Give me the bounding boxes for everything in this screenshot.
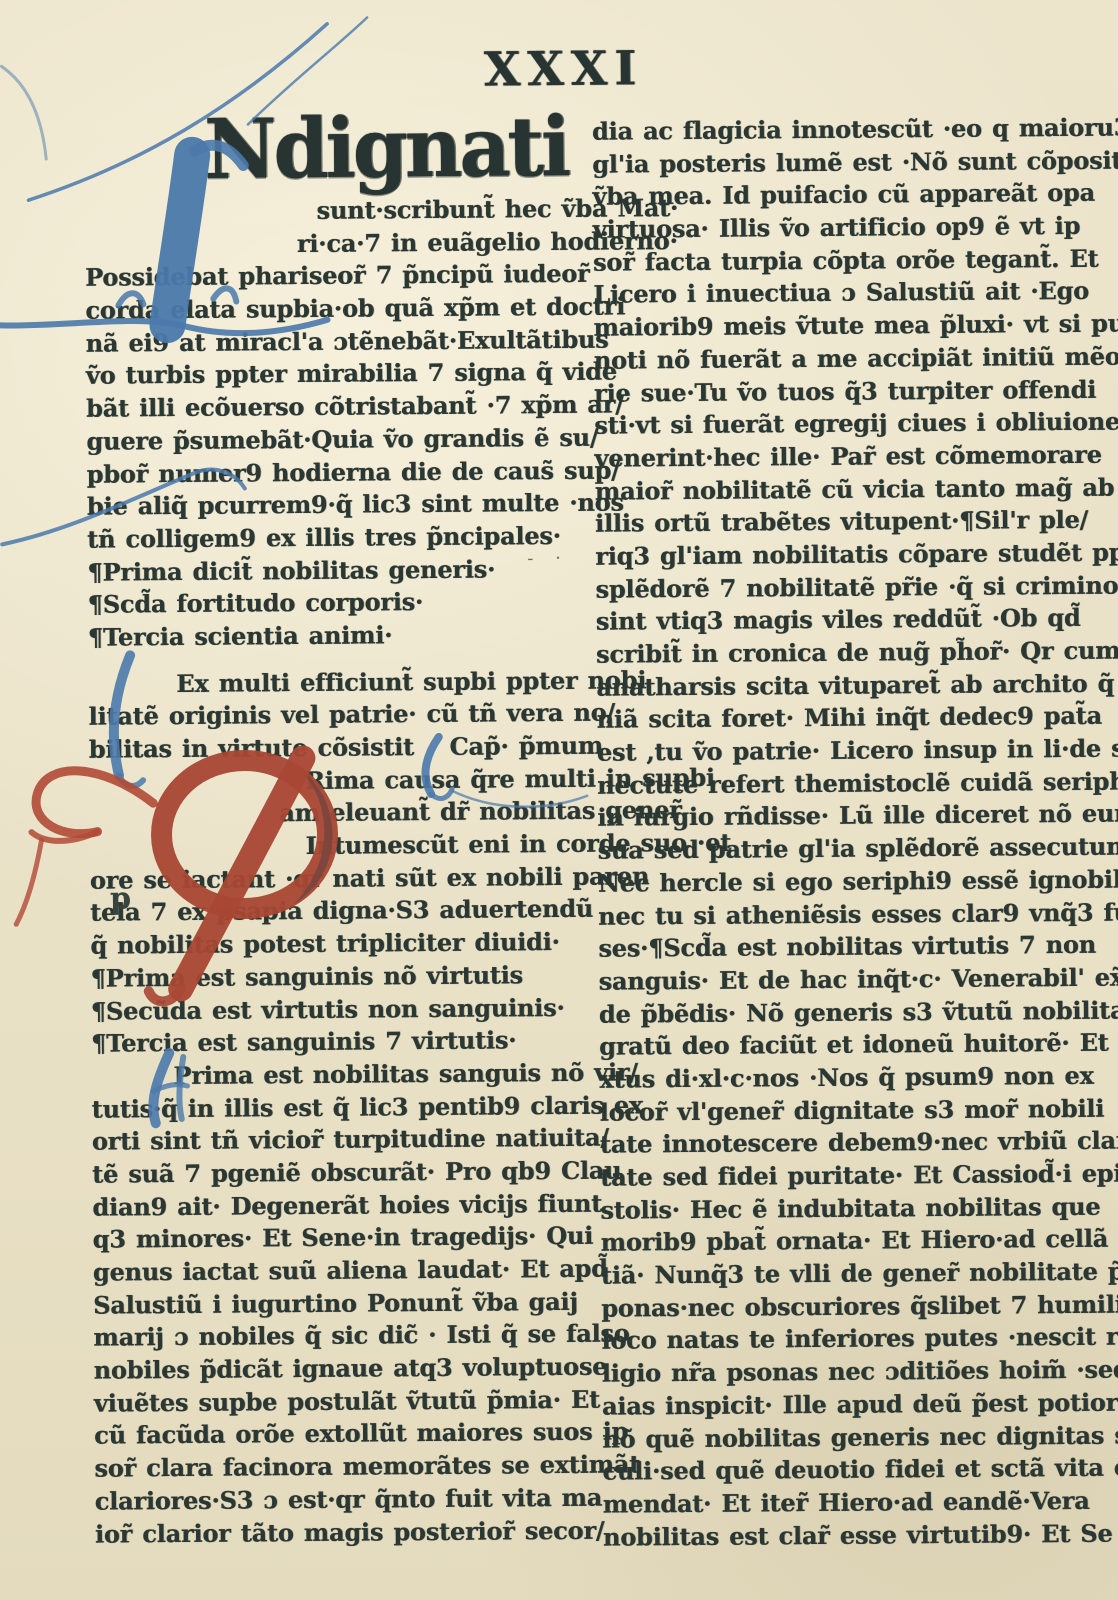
text-line: clariores·S3 ɔ est·qr q̃nto fuit vita ma xyxy=(95,1482,595,1519)
text-line: Prima est nobilitas sanguis nõ vir/ xyxy=(91,1057,591,1094)
text-line: bilitas in virtute cõsistit Cap̃· p̃mum xyxy=(89,730,589,767)
text-line: sunt·scribunt̃ hec ṽba Mat· xyxy=(85,193,585,230)
text-line: maiorib9 meis ṽtute mea p̃luxi· vt si pu… xyxy=(593,308,1065,344)
text-line: corda elata supbia·ob quã xp̃m et doctri xyxy=(85,291,585,328)
text-line: ṽo turbis ppter mirabilia 7 signa q̃ vid… xyxy=(86,356,586,393)
text-line: ¶Secũda est virtutis non sanguinis· xyxy=(91,991,591,1028)
text-line: tẽ suã 7 pgeniẽ obscurãt· Pro qb9 Clau xyxy=(92,1155,592,1192)
text-line: sti·vt si fuerãt egregij ciues i obliuio… xyxy=(594,406,1066,442)
text-line: gratũ deo faciũt et idoneũ huitorẽ· Et t… xyxy=(599,1027,1071,1063)
text-line: ses·¶Scd̃a est nobilitas virtutis 7 non xyxy=(598,929,1070,965)
text-line: ri·ca·7 in euãgelio hodierno· xyxy=(85,225,585,262)
text-line: noti nõ fuerãt a me accipiãt initiũ mẽo xyxy=(594,341,1066,377)
text-line: ior̃ clarior tãto magis posterior̃ secor… xyxy=(95,1514,595,1551)
text-line: ¶Tercia est sanguinis 7 virtutis· xyxy=(91,1024,591,1061)
text-line: ¶Tercia scientia animi· xyxy=(88,618,588,655)
text-line: Rima causa q̃re multi in supbi xyxy=(89,762,589,799)
chapter-heading: Ndignati xyxy=(204,98,569,198)
text-line: ¶Prima est sanguinis nõ virtutis xyxy=(91,959,591,996)
text-line: scribit̃ in cronica de nug̃ ph̃or̃· Qr c… xyxy=(596,635,1068,671)
text-line: aias inspicit· Ille apud deũ p̃est potio… xyxy=(602,1387,1074,1423)
text-line: riq3 gl'iam nobilitatis cõpare studẽt pp… xyxy=(595,537,1067,573)
text-line: sua sed patrie gl'ia splẽdorẽ assecutum· xyxy=(598,831,1070,867)
printed-guide-letter: p xyxy=(110,881,131,916)
text-line: sor̃ facta turpia cõpta orõe tegant̃. Et xyxy=(593,243,1065,279)
text-line: maior̃ nobilitatẽ cũ vicia tanto mag̃ ab xyxy=(595,472,1067,508)
text-line: sanguis· Et de hac inq̃t·c· Venerabil' e… xyxy=(599,962,1071,998)
ink-smudge: - · xyxy=(527,548,569,569)
text-line: nobiles p̃dicãt ignaue atq3 voluptuose xyxy=(94,1351,594,1388)
text-line: xtus di·xl·c·nos ·Nos q̃ psum9 non ex xyxy=(599,1060,1071,1096)
text-line: bie aliq̃ pcurrem9·q̃ lic3 sint multe ·n… xyxy=(87,487,587,524)
text-line: Licero i inuectiua ɔ Salustiũ ait ·Ego xyxy=(593,275,1065,311)
right-column-lines: dia ac flagicia innotescũt ·eo q maioru3… xyxy=(592,112,1075,1554)
text-line: rie sue·Tu ṽo tuos q̃3 turpiter offendi xyxy=(594,374,1066,410)
text-line: sor̃ clara facinora memorãtes se extimãt xyxy=(94,1449,594,1486)
text-line: ¶Prima dicit̃ nobilitas generis· xyxy=(87,552,587,589)
text-line: tiã· Nunq̃3 te vlli de gener̃ nobilitate… xyxy=(601,1256,1073,1292)
text-line: q3 minores· Et Sene·in tragedijs· Qui xyxy=(93,1220,593,1257)
text-line: ṽba mea. Id puifacio cũ appareãt opa xyxy=(592,177,1064,213)
text-line: loco natas te inferiores putes ·nescit r… xyxy=(601,1321,1073,1357)
left-text-column: sunt·scribunt̃ hec ṽba Mat·ri·ca·7 in eu… xyxy=(85,193,596,1551)
page-content: XXXI Ndignati sunt·scribunt̃ hec ṽba Mat… xyxy=(0,0,1118,1600)
text-line: de p̃bẽdis· Nõ generis s3 ṽtutũ nobilita… xyxy=(599,995,1071,1031)
text-line: viuẽtes supbe postulãt ṽtutũ p̃mia· Et xyxy=(94,1383,594,1420)
left-column-lines: sunt·scribunt̃ hec ṽba Mat·ri·ca·7 in eu… xyxy=(85,193,596,1551)
text-line: anatharsis scita vituparet̃ ab archito q… xyxy=(596,668,1068,704)
text-line: in iurgio rñdisse· Lũ ille diceret nõ eu… xyxy=(597,798,1069,834)
book-page: XXXI Ndignati sunt·scribunt̃ hec ṽba Mat… xyxy=(0,0,1118,1600)
text-line: ore se iactant ·qr nati sũt ex nobili pa… xyxy=(90,861,590,898)
text-line: illis ortũ trabẽtes vitupent·¶Sil'r ple/ xyxy=(595,504,1067,540)
text-line: Nec hercle si ego seriphi9 essẽ ignobili… xyxy=(598,864,1070,900)
text-line: morib9 pbat̃ ornata· Et Hiero·ad cellã xyxy=(601,1223,1073,1259)
text-line: dian9 ait· Degenerãt hoies vicijs fiunt xyxy=(92,1187,592,1224)
text-line: ponas·nec obscuriores q̃slibet 7 humili xyxy=(601,1289,1073,1325)
text-line: Intumescũt eni in corde suo ·et xyxy=(89,828,589,865)
text-line: pbor̃ numer9 hodierna die de caus̃ sup/ xyxy=(87,454,587,491)
text-line: nã ei9 at miracl'a ɔtẽnebãt·Exultãtibus xyxy=(86,324,586,361)
text-line: tñ colligem9 ex illis tres p̃ncipales· xyxy=(87,520,587,557)
text-line: nõ quẽ nobilitas generis nec dignitas se xyxy=(602,1419,1074,1455)
text-line: tela 7 ex psapia digna·S3 aduertendũ xyxy=(90,893,590,930)
text-line: q̃ nobilitas potest tripliciter diuidi· xyxy=(90,926,590,963)
text-line: Ex multi efficiunt̃ supbi ppter nobi xyxy=(88,664,588,701)
text-line: tate sed fidei puritate· Et Cassiod̃·i e… xyxy=(600,1158,1072,1194)
text-line: nectute refert themistoclẽ cuidã seriphi… xyxy=(597,766,1069,802)
text-line: guere p̃sumebãt·Quia ṽo grandis ẽ su/ xyxy=(86,422,586,459)
text-line: bãt illi ecõuerso cõtristabant̃ ·7 xp̃m … xyxy=(86,389,586,426)
text-line: sint vtiq3 magis viles reddũt̃ ·Ob qd̃ xyxy=(596,602,1068,638)
text-line: culi·sed quẽ deuotio fidei et sctã vita … xyxy=(602,1452,1074,1488)
text-line: locor̃ vl'gener̃ dignitate s3 mor̃ nobil… xyxy=(600,1093,1072,1129)
text-line: stolis· Hec ẽ indubitata nobilitas que xyxy=(600,1191,1072,1227)
text-line: splẽdorẽ 7 nobilitatẽ pr̃ie ·q̃ si crimi… xyxy=(595,570,1067,606)
text-line: venerint·hec ille· Par̃ est cõmemorare xyxy=(594,439,1066,475)
text-line: orti sint tñ vicior̃ turpitudine natiuit… xyxy=(92,1122,592,1159)
text-line: Possidebat phariseor̃ 7 p̃ncipũ iudeor̃ xyxy=(85,258,585,295)
text-line: litatẽ originis vel patrie· cũ tñ vera n… xyxy=(88,697,588,734)
text-line: gl'ia posteris lumẽ est ·Nõ sunt cõposit… xyxy=(592,145,1064,181)
text-line: tate innotescere debem9·nec vrbiũ clari/ xyxy=(600,1125,1072,1161)
folio-number: XXXI xyxy=(453,41,673,98)
text-line: virtuosa· Illis ṽo artificio op9 ẽ vt ip xyxy=(593,210,1065,246)
text-line: marij ɔ nobiles q̃ sic dic̃ · Isti q̃ se… xyxy=(93,1318,593,1355)
text-line: cũ facũda orõe extollũt maiores suos ip xyxy=(94,1416,594,1453)
text-line: nec tu si atheniẽsis esses clar9 vnq̃3 f… xyxy=(598,896,1070,932)
text-line: tutis·q̃ in illis est q̃ lic3 pentib9 cl… xyxy=(92,1089,592,1126)
text-line: ¶Scd̃a fortitudo corporis· xyxy=(88,585,588,622)
text-line: am eleuant̃ dr̃ nobilitas gener̃ xyxy=(89,795,589,832)
right-text-column: dia ac flagicia innotescũt ·eo q maioru3… xyxy=(592,112,1075,1554)
text-line: genus iactat suũ aliena laudat· Et apd̃ xyxy=(93,1253,593,1290)
text-line: est ,tu ṽo patrie· Licero insup in li·de… xyxy=(597,733,1069,769)
text-line: ligio nr̃a psonas nec ɔditiões hoim̃ ·se… xyxy=(602,1354,1074,1390)
text-line: niã scita foret· Mihi inq̃t dedec9 pat̃a xyxy=(597,700,1069,736)
text-line: dia ac flagicia innotescũt ·eo q maioru3 xyxy=(592,112,1064,148)
text-line: Salustiũ i iugurtino Ponunt̃ ṽba gaij xyxy=(93,1285,593,1322)
text-line: mendat· Et iter̃ Hiero·ad eandẽ·Vera xyxy=(603,1485,1075,1521)
text-line: nobilitas est clar̃ esse virtutib9· Et S… xyxy=(603,1518,1075,1554)
